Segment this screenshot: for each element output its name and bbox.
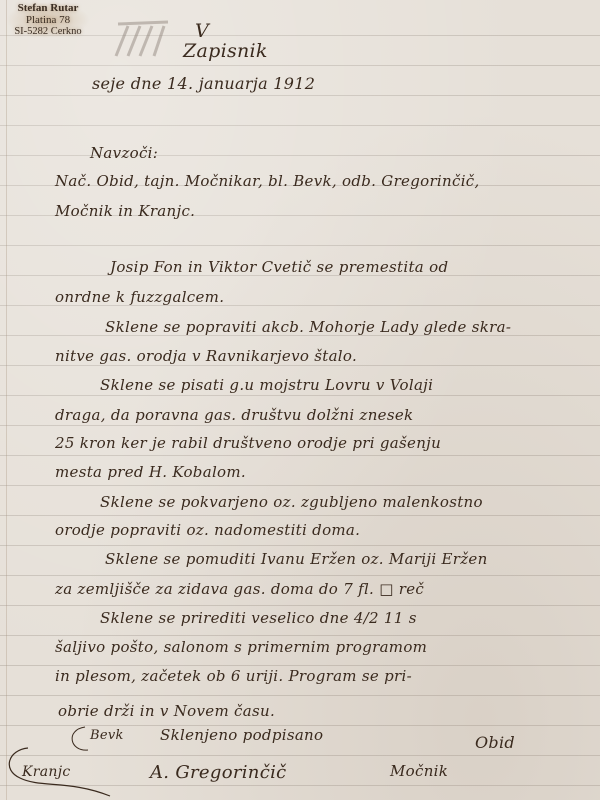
- faded-mark-icon: [110, 18, 172, 58]
- header-prefix: V: [195, 20, 209, 42]
- body-line: Sklene se popraviti akcb. Mohorje Lady g…: [105, 318, 511, 336]
- body-line: nitve gas. orodja v Ravnikarjevo štalo.: [55, 347, 357, 365]
- body-line: in plesom, začetek ob 6 uriji. Program s…: [55, 667, 412, 685]
- body-line: Sklene se prirediti veselico dne 4/2 11 …: [100, 609, 417, 627]
- stamp-street: Platina 78: [6, 14, 90, 26]
- margin-line: [6, 0, 7, 800]
- signature-obid: Obid: [475, 733, 515, 752]
- attendees-label: Navzoči:: [90, 144, 158, 162]
- document-page: Stefan Rutar Platina 78 SI-5282 Cerkno V…: [0, 0, 600, 800]
- signature-loop-icon: [60, 722, 110, 762]
- date-line: seje dne 14. januarja 1912: [92, 74, 315, 93]
- body-line: onrdne k fuzzgalcem.: [55, 288, 224, 306]
- stamp-name: Stefan Rutar: [6, 2, 90, 14]
- body-line: draga, da poravna gas. društvu dolžni zn…: [55, 406, 413, 424]
- stamp-postal: SI-5282 Cerkno: [6, 26, 90, 38]
- body-line: obrie drži in v Novem času.: [58, 702, 275, 720]
- closing-line: Sklenjeno podpisano: [160, 726, 323, 744]
- body-line: Josip Fon in Viktor Cvetič se premestita…: [110, 258, 448, 276]
- attendees-line-2: Močnik in Kranjc.: [55, 202, 195, 220]
- body-line: Sklene se pokvarjeno oz. zgubljeno malen…: [100, 493, 483, 511]
- body-line: orodje popraviti oz. nadomestiti doma.: [55, 521, 360, 539]
- document-title: Zapisnik: [183, 40, 268, 62]
- body-line: Sklene se pomuditi Ivanu Eržen oz. Marij…: [105, 550, 488, 568]
- body-line: šaljivo pošto, salonom s primernim progr…: [55, 638, 427, 656]
- body-line: 25 kron ker je rabil društveno orodje pr…: [55, 434, 441, 452]
- signature-mocnik: Močnik: [390, 762, 448, 780]
- signature-gregorincic: A. Gregorinčič: [150, 762, 287, 783]
- body-line: za zemljišče za zidava gas. doma do 7 fl…: [55, 580, 424, 598]
- attendees-line-1: Nač. Obid, tajn. Močnikar, bl. Bevk, odb…: [55, 172, 480, 190]
- body-line: Sklene se pisati g.u mojstru Lovru v Vol…: [100, 376, 433, 394]
- collector-stamp: Stefan Rutar Platina 78 SI-5282 Cerkno: [6, 2, 90, 38]
- body-line: mesta pred H. Kobalom.: [55, 463, 246, 481]
